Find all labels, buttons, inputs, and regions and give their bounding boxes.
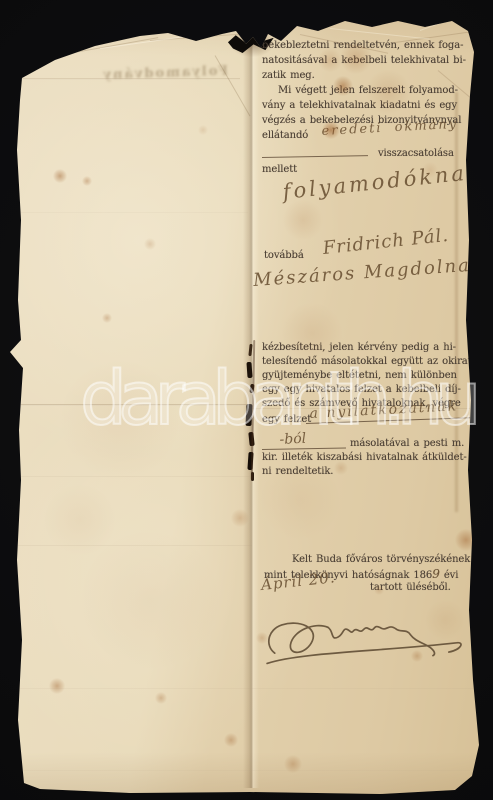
printed-line: kir. illeték kiszabási hivatalnak átküld… [262,452,467,464]
foxing-stain [144,238,156,250]
foxing-stain [80,530,220,670]
printed-line: visszacsatolása [378,148,454,160]
foxing-stain [60,360,180,480]
foxing-stain [102,313,112,323]
fold-crease [18,212,248,213]
crumple-crease [330,28,430,39]
foxing-stain [53,169,67,183]
printed-line: natositásával a kebelbeli telekhivatal b… [262,55,466,67]
printed-line: egy egy hivatalos felzet a kebelbeli díj… [262,384,461,396]
foxing-stain [155,692,167,704]
printed-line: egy felzet [262,414,311,426]
handwriting-name-1: Fridrich Pál. [322,225,450,259]
crumple-crease [150,31,280,41]
blank-line [262,155,368,158]
signature [259,588,471,670]
blank-line [262,448,346,450]
handwriting-year-digit: 9 [432,567,440,581]
printed-line: ellátandó [262,130,308,142]
crumple-crease [40,37,158,59]
printed-line: bekebleztetni rendeltetvén, ennek foga- [262,40,463,52]
handwriting-folyamodoknak: folyamodóknak [281,159,483,204]
fold-crease [18,545,252,546]
printed-line: telesítendő másolatokkal együtt az okira… [262,356,472,368]
printed-line: továbbá [264,250,304,262]
printed-line: zatik meg. [262,70,315,82]
fold-crease [18,404,252,406]
foxing-stain [44,484,116,556]
closing-line2-post: évi [440,570,459,581]
foxing-stain [284,755,302,773]
printed-line: Mi végett jelen felszerelt folyamod- [278,85,458,97]
foxing-stain [224,733,238,747]
foxing-stain [49,678,65,694]
printed-line: ni rendeltetik. [262,466,333,478]
foxing-stain [455,529,477,551]
foxing-stain [283,200,323,240]
center-fold [243,24,259,788]
handwriting-bol: -ból [279,431,306,448]
crumple-crease [420,6,486,31]
crumple-crease [100,29,239,49]
closing-line: Kelt Buda főváros törvényszékének [292,554,470,566]
foxing-stain [198,125,208,135]
foxing-stain [82,176,92,186]
printed-line: kézbesítetni, jelen kérvény pedig a hi- [262,342,456,354]
foxing-stain [282,303,342,363]
printed-line: mellett [262,164,297,176]
fold-crease [18,476,250,477]
printed-line: másolatával a pesti m. [350,438,464,450]
printed-line: vány a telekhivatalnak kiadatni és egy [262,100,457,112]
bleed-through-text: Folyamodvány [88,64,228,84]
photo-frame: Folyamodvány bekebleztetni rendeltetvén,… [0,0,493,800]
document-sheet: Folyamodvány bekebleztetni rendeltetvén,… [0,0,493,800]
printed-line: gyüjteménybe eltétetni, nem különben [262,370,457,382]
